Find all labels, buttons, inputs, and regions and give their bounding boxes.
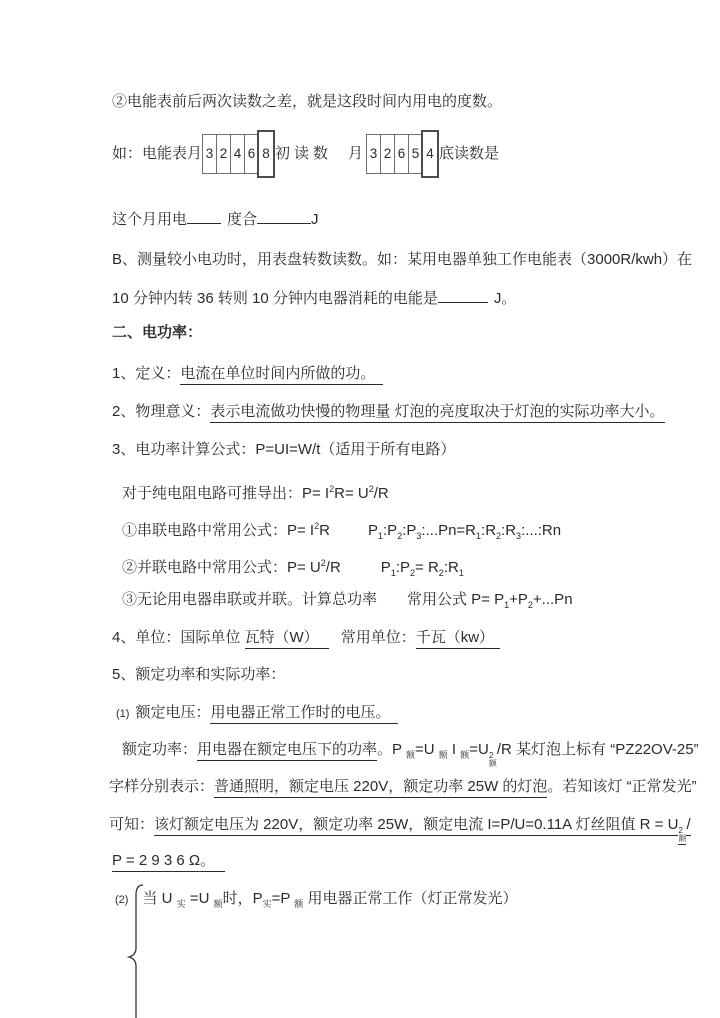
text-segment: 字样分别表示： — [109, 778, 214, 795]
meter-month-label: 月 — [348, 144, 363, 164]
blank-fill-field — [187, 208, 221, 224]
text-segment: :R — [444, 559, 459, 576]
text-segment: :...Pn=R — [421, 522, 476, 539]
text-segment: I — [448, 741, 461, 758]
text-segment: 电流在单位时间内所做的功。 — [180, 365, 383, 385]
subscript-text: 额 — [678, 835, 686, 843]
text-segment: ③无论用电器串联或并联。计算总功率 — [122, 591, 377, 608]
text-segment: P — [381, 559, 391, 576]
text-segment: 用电器正常工作（灯正常发光） — [303, 890, 517, 907]
text-segment: 3、电功率计算公式：P=UI=W/t（适用于所有电路） — [112, 441, 455, 458]
text-segment: 这个月用电 — [112, 211, 187, 228]
text-segment: /R — [326, 559, 341, 576]
text-segment: :R — [501, 522, 516, 539]
meter-initial-register: 32468 — [202, 130, 275, 178]
pure-resistance-line: 对于纯电阻电路可推导出：P= I2R= U2/R — [122, 479, 389, 504]
meter-final-register: 32654 — [366, 130, 439, 178]
text-segment: 10 分钟内转 36 转则 10 分钟内电器消耗的电能是 — [112, 290, 438, 307]
text-segment: / — [686, 816, 690, 836]
known-values-line: 可知：该灯额定电压为 220V，额定功率 25W，额定电流 I=P/U=0.11… — [109, 815, 691, 845]
text-segment: 额 — [214, 899, 223, 909]
superscript-subscript-stack: 2额 — [489, 752, 497, 768]
text-segment: 2、物理意义： — [112, 403, 210, 420]
text-segment: (1) — [116, 708, 129, 720]
text-segment: 额 — [460, 750, 469, 760]
text-segment: +P — [509, 591, 528, 608]
text-segment: 表示电流做功快慢的物理量 灯泡的亮度取决于灯泡的实际功率大小。 — [210, 403, 664, 423]
meter-digit: 3 — [366, 134, 381, 174]
text-segment: 用电器正常工作时的电压。 — [210, 704, 398, 724]
series-formula-line: ①串联电路中常用公式：P= I2RP1:P2:P3:...Pn=R1:R2:R3… — [122, 516, 561, 546]
meter-digit: 8 — [257, 130, 275, 178]
text-segment: 该灯额定电压为 220V，额定功率 25W，额定电流 I=P/U=0.11A 灯… — [154, 816, 678, 836]
rated-voltage-line: (1)额定电压：用电器正常工作时的电压。 — [116, 703, 398, 724]
text-segment: 对于纯电阻电路可推导出：P= I — [122, 485, 329, 502]
text-segment: B、测量较小电功时，用表盘转数读数。如：某用电器单独工作电能表（3000R/kw… — [112, 251, 692, 268]
text-segment: P = 2 9 3 6 Ω。 — [112, 852, 225, 872]
text-segment: +...Pn — [533, 591, 573, 608]
text-segment: 额 — [439, 750, 448, 760]
text-segment: 。P — [377, 741, 406, 758]
monthly-usage-line: 这个月用电度合J — [112, 208, 319, 230]
rated-actual-title-line: 5、额定功率和实际功率： — [112, 665, 285, 685]
text-segment: 1、定义： — [112, 365, 180, 382]
text-segment: ①串联电路中常用公式：P= I — [122, 522, 314, 539]
text-segment: 常用公式 P= P — [407, 591, 504, 608]
text-segment: = R — [415, 559, 439, 576]
spacer — [332, 154, 348, 155]
text-segment: R= U — [334, 485, 369, 502]
text-segment: /R 某灯泡上标有 “PZ22OV-25” — [497, 741, 699, 758]
text-segment: 5、额定功率和实际功率： — [112, 666, 285, 683]
text-segment: 1 — [459, 568, 464, 578]
text-segment: /R — [374, 485, 389, 502]
meter-digit: 2 — [380, 134, 395, 174]
text-segment: R — [319, 522, 330, 539]
method-b-line2: 10 分钟内转 36 转则 10 分钟内电器消耗的电能是J。 — [112, 287, 516, 309]
spacer — [341, 571, 381, 572]
text-segment: 额 — [406, 750, 415, 760]
subscript-text: 额 — [489, 760, 497, 768]
text-segment: 额 — [294, 899, 303, 909]
text-segment: 实 — [177, 899, 186, 909]
spacer — [329, 641, 341, 642]
document-page: { "colors": { "text": "#2b2b2b", "box_bo… — [0, 0, 720, 1018]
section-title-electric-power: 二、电功率： — [112, 323, 202, 343]
blank-fill-field — [257, 208, 311, 224]
text-segment: 当 U — [142, 890, 176, 907]
spacer — [377, 603, 407, 604]
condition-normal-work-line: (2)当 U 实 =U 额时，P实=P 额 用电器正常工作（灯正常发光） — [115, 889, 517, 914]
meter-prefix: 如：电能表月 — [112, 144, 202, 164]
text-segment: 时，P — [223, 890, 263, 907]
text-segment: 常用单位： — [341, 629, 416, 646]
text-segment: =U — [186, 890, 214, 907]
text-segment: 度合 — [227, 211, 257, 228]
text-segment: :...:Rn — [521, 522, 561, 539]
text-segment: 用电器在额定电压下的功率 — [197, 741, 377, 761]
text-segment: =U — [469, 741, 489, 758]
text-segment: 额定电压： — [135, 704, 210, 721]
text-segment: 普通照明，额定电压 220V，额定功率 25W 的灯泡 — [214, 778, 547, 798]
text-segment: =U — [415, 741, 439, 758]
curly-brace-icon — [125, 884, 147, 1018]
physical-meaning-line: 2、物理意义：表示电流做功快慢的物理量 灯泡的亮度取决于灯泡的实际功率大小。 — [112, 402, 665, 422]
unit-line: 4、单位：国际单位 瓦特（W）常用单位：千瓦（kw） — [112, 628, 500, 648]
meter-initial-label: 初读数 — [275, 144, 332, 164]
definition-line: 1、定义：电流在单位时间内所做的功。 — [112, 364, 383, 384]
text-segment: 千瓦（kw） — [416, 629, 500, 649]
blank-fill-field — [438, 287, 488, 303]
text-segment: =P — [272, 890, 295, 907]
method-b-line: B、测量较小电功时，用表盘转数读数。如：某用电器单独工作电能表（3000R/kw… — [112, 250, 692, 270]
text-segment: ②并联电路中常用公式：P= U — [122, 559, 321, 576]
label-meaning-line: 字样分别表示：普通照明，额定电压 220V，额定功率 25W 的灯泡。若知该灯 … — [109, 777, 697, 797]
text-segment: P — [368, 522, 378, 539]
text-segment: :R — [481, 522, 496, 539]
text-segment: :P — [396, 559, 410, 576]
text-segment: :P — [383, 522, 397, 539]
text-segment: 。若知该灯 “正常发光” — [547, 778, 696, 795]
formula-line: 3、电功率计算公式：P=UI=W/t（适用于所有电路） — [112, 440, 455, 460]
text-segment: J。 — [494, 290, 517, 307]
spacer — [330, 534, 368, 535]
text-segment: 额定功率： — [122, 741, 197, 758]
text-segment: 可知： — [109, 816, 154, 833]
rated-power-line: 额定功率：用电器在额定电压下的功率。P 额=U 额 I 额=U2额/R 某灯泡上… — [122, 740, 699, 768]
text-segment: 4、单位：国际单位 — [112, 629, 245, 646]
total-power-line: ③无论用电器串联或并联。计算总功率常用公式 P= P1+P2+...Pn — [122, 590, 573, 615]
meter-digit: 3 — [202, 134, 217, 174]
parallel-formula-line: ②并联电路中常用公式：P= U2/RP1:P2= R2:R1 — [122, 553, 464, 583]
note-reading-difference: ②电能表前后两次读数之差，就是这段时间内用电的度数。 — [112, 92, 502, 112]
meter-digit: 2 — [216, 134, 231, 174]
meter-digit: 4 — [230, 134, 245, 174]
meter-digit: 6 — [394, 134, 409, 174]
meter-final-label: 底读数是 — [439, 144, 499, 164]
meter-digit: 4 — [421, 130, 439, 178]
text-segment: 二、电功率： — [112, 324, 202, 341]
text-segment: 实 — [263, 899, 272, 909]
text-segment: J — [311, 211, 319, 228]
meter-example-row: 如：电能表月32468初读数月32654底读数是 — [112, 131, 499, 177]
text-segment: 瓦特（W） — [245, 629, 329, 649]
text-segment: :P — [402, 522, 416, 539]
text-segment: ②电能表前后两次读数之差，就是这段时间内用电的度数。 — [112, 93, 502, 110]
resistance-value-line: P = 2 9 3 6 Ω。 — [112, 851, 225, 871]
